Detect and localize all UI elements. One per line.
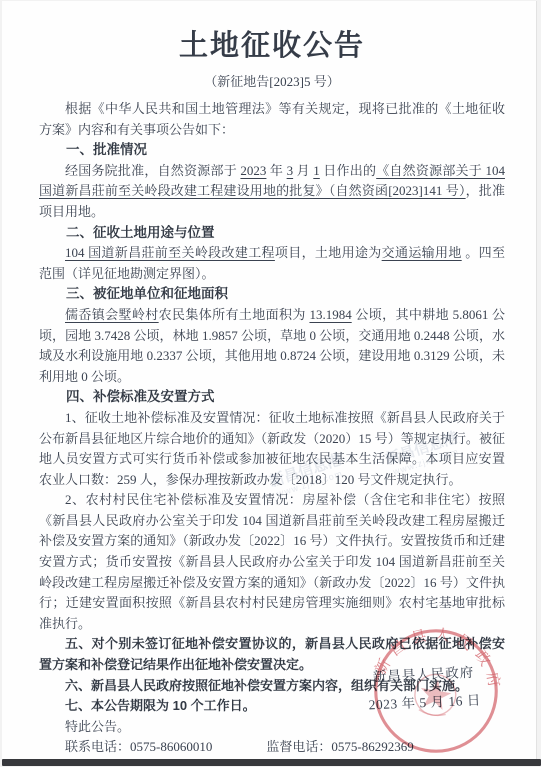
- section-3-paragraph: 儒岙镇会墅岭村农民集体所有土地面积为 13.1984 公顷，其中耕地 5.806…: [39, 305, 505, 387]
- section-1-heading: 一、批准情况: [39, 140, 505, 161]
- intro-paragraph: 根据《中华人民共和国土地管理法》等有关规定，现将已批准的《土地征收方案》内容和有…: [39, 99, 505, 140]
- supervision-phone-label: 监督电话：: [266, 739, 331, 754]
- document-number: （新征地告[2023]5 号）: [39, 71, 505, 90]
- signature-block: 新昌县人民政府 2023 年 5 月 16 日: [367, 661, 481, 714]
- section-4-paragraph-2: 2、农村村民住宅补偿标准及安置情况：房屋补偿（含住宅和非住宅）按照《新昌县人民政…: [39, 490, 505, 634]
- section-2-heading: 二、征收土地用途与位置: [39, 223, 505, 244]
- bottom-bar: [2, 759, 541, 766]
- section-2-paragraph: 104 国道新昌莊前至关岭段改建工程项目，土地用途为交通运输用地 。四至范围（详…: [39, 243, 505, 284]
- section-3-heading: 三、被征地单位和征地面积: [39, 284, 505, 305]
- section-4-heading: 四、补偿标准及安置方式: [39, 387, 505, 408]
- section-4-paragraph-1: 1、征收土地补偿标准及安置情况：征收土地标准按照《新昌县人民政府关于公布新昌县征…: [39, 408, 505, 490]
- page-title: 土地征收公告: [39, 23, 505, 64]
- contact-phone-number: 0575-86060010: [130, 739, 212, 754]
- contact-phone-label: 联系电话：: [65, 739, 130, 754]
- contact-line: 联系电话：0575-86060010监督电话：0575-86292369: [39, 737, 505, 758]
- section-1-paragraph: 经国务院批准，自然资源部于 2023 年 3 月 1 日作出的《自然资源部关于 …: [39, 161, 505, 223]
- closing-line: 特此公告。: [39, 717, 505, 738]
- signature-org: 新昌县人民政府: [367, 661, 480, 686]
- supervision-phone-number: 0575-86292369: [331, 739, 413, 754]
- document-page: 新昌信息港 www.zjxc.com 新昌信息港 www.zjxc.com 土地…: [2, 1, 537, 766]
